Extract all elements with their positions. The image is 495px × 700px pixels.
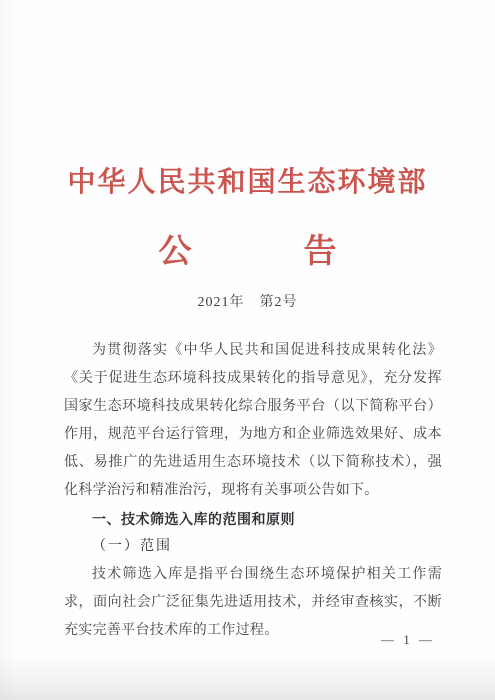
ministry-title: 中华人民共和国生态环境部 xyxy=(0,0,495,203)
subsection-heading: （一）范围 xyxy=(64,533,442,561)
announcement-char-gong: 公 xyxy=(159,231,192,273)
scan-shading-bottom xyxy=(0,654,495,700)
issue-number-line: 2021年 第2号 xyxy=(0,293,495,313)
announcement-heading: 公 告 xyxy=(0,231,495,273)
document-page: 中华人民共和国生态环境部 公 告 2021年 第2号 为贯彻落实《中华人民共和国… xyxy=(0,0,495,700)
document-body: 为贯彻落实《中华人民共和国促进科技成果转化法》《关于促进生态环境科技成果转化的指… xyxy=(64,337,442,645)
section-heading: 一、技术筛选入库的范围和原则 xyxy=(64,505,442,533)
paragraph-intro: 为贯彻落实《中华人民共和国促进科技成果转化法》《关于促进生态环境科技成果转化的指… xyxy=(64,337,442,505)
announcement-char-gao: 告 xyxy=(304,231,337,273)
page-number: — 1 — xyxy=(381,632,435,648)
